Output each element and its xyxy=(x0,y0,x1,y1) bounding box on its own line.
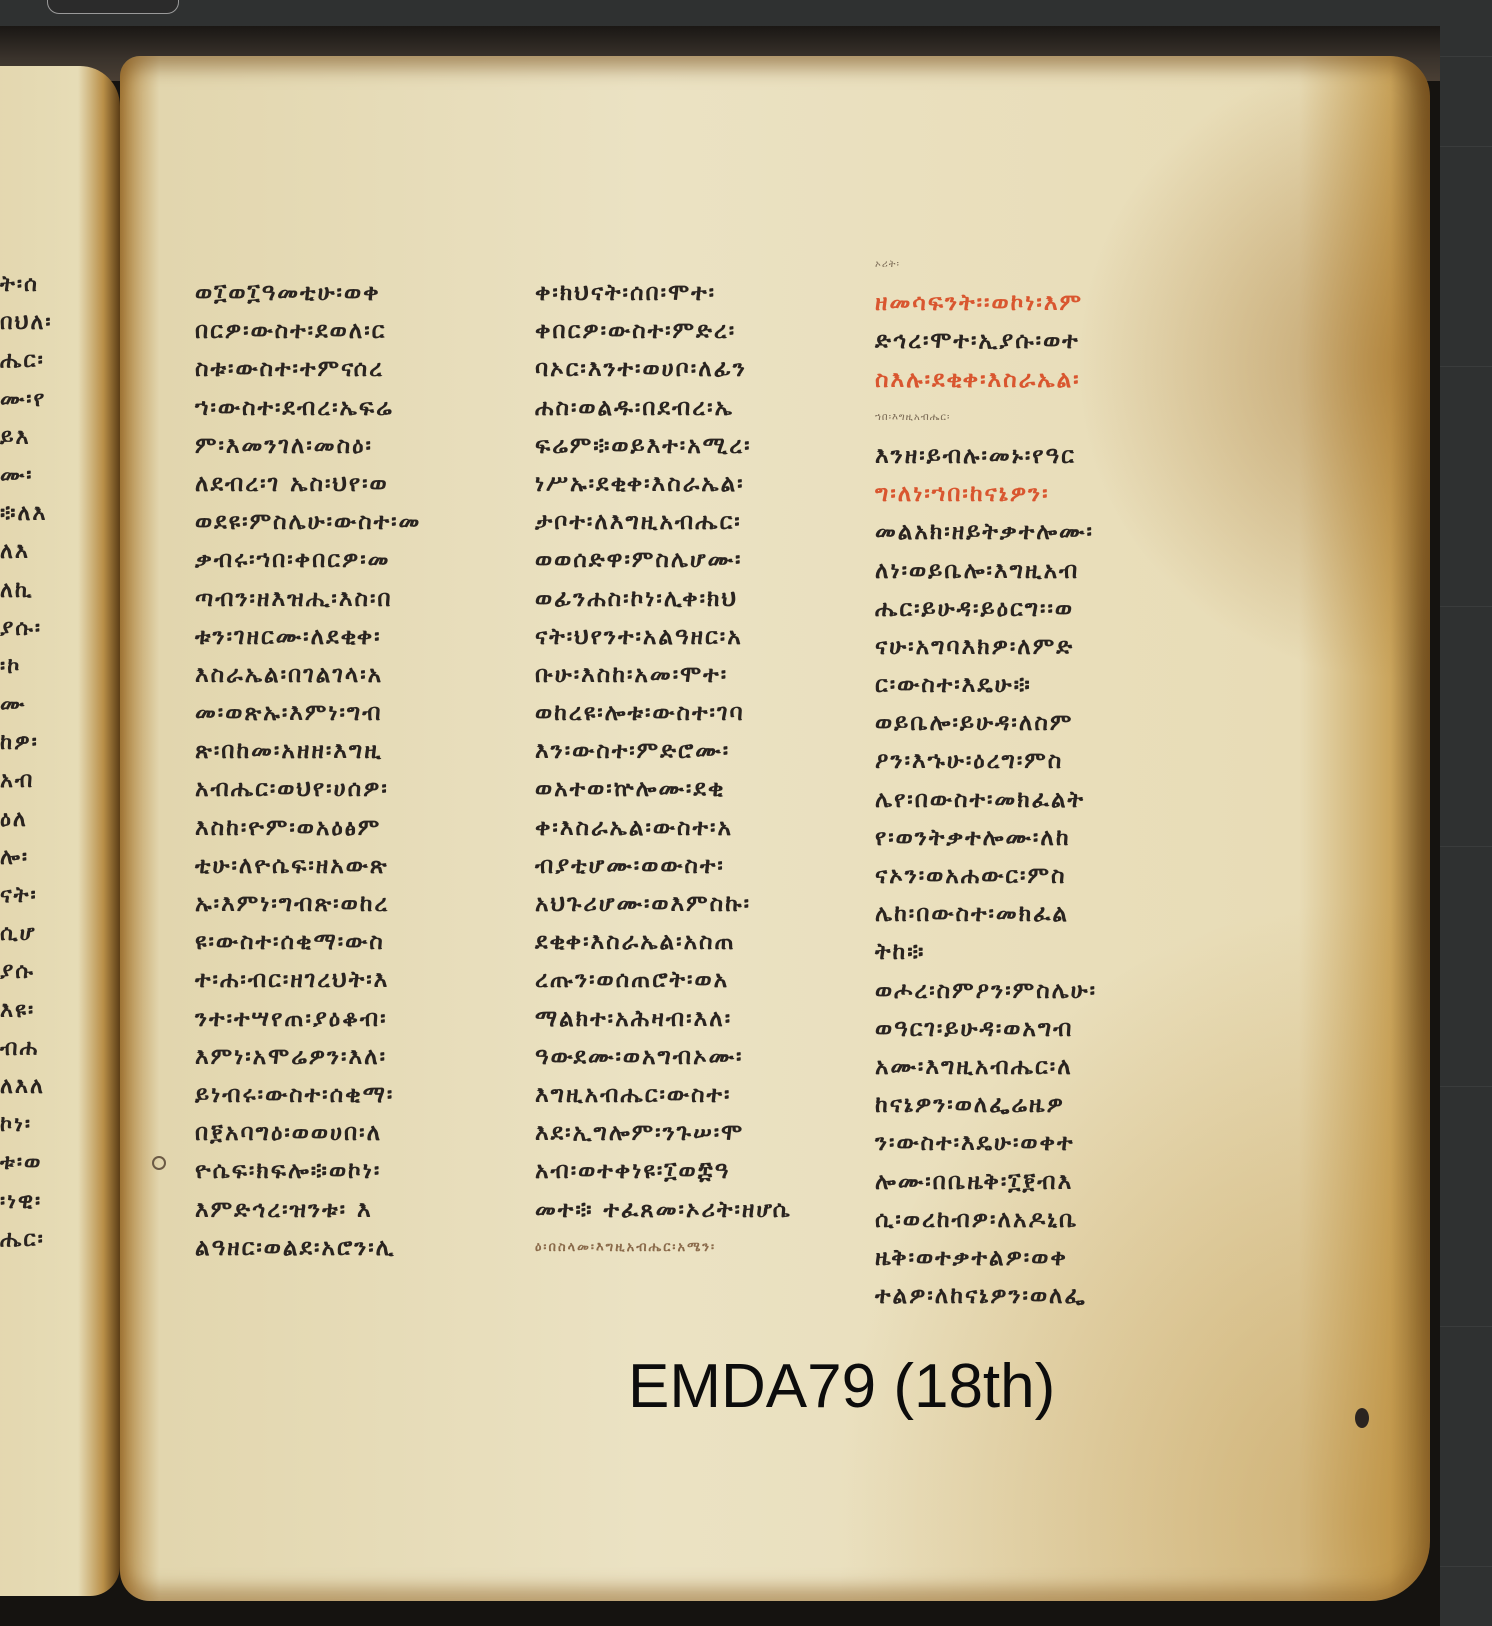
text-line: ወ፲ወ፲ዓመቲሁ፡ወቀ xyxy=(195,274,421,312)
text-line: ቱን፡ገዘርሙ፡ለደቂቀ፡ xyxy=(195,618,421,656)
left-page-fragment: ሙ፡የ xyxy=(0,381,53,419)
left-page-text-fragments: ት፡ሰበህለ፡ሔር፡ሙ፡የይእሙ፡፨ለእለእለኪያሱ፡፡ኮሙከዎ፡አብዕለሎ፡ና… xyxy=(0,266,53,1259)
left-page-fragment: ፨ለእ xyxy=(0,495,53,533)
text-line: ባኦር፡እንተ፡ወሀቦ፡ለፊን xyxy=(535,350,792,388)
text-line: ብያቲሆሙ፡ወውስተ፡ xyxy=(535,847,792,885)
text-line: ወደዩ፡ምስሌሁ፡ውስተ፡መ xyxy=(195,503,421,541)
text-column-3: ኦሪት፡ዘመሳፍንት፡፡ወኮነ፡እምድኅረ፡ሞተ፡ኢያሱ፡ወተስእሉ፡ደቂቀ፡እ… xyxy=(875,246,1097,1315)
text-line: ተልዎ፡ለከናኔዎን፡ወለፌ xyxy=(875,1277,1097,1315)
text-line: ሌከ፡በውስተ፡መክፈል xyxy=(875,895,1097,933)
margin-mark xyxy=(152,1156,166,1170)
text-line: ደቂቀ፡እስራኤል፡አስጠ xyxy=(535,923,792,961)
text-line: ንተ፡ተሣየጠ፡ያዕቆብ፡ xyxy=(195,1000,421,1038)
text-line: እምድኅረ፡ዝንቱ፡ እ xyxy=(195,1191,421,1229)
text-line: ነሥኡ፡ደቂቀ፡እስራኤል፡ xyxy=(535,465,792,503)
text-line: ተ፡ሐ፡ብር፡ዘገረህት፡እ xyxy=(195,961,421,999)
text-line: አብሔር፡ወህየ፡ሀሰዎ፡ xyxy=(195,770,421,808)
text-line: ልዓዘር፡ወልደ፡አሮን፡ሊ xyxy=(195,1229,421,1267)
text-column-2: ቀ፡ክህናት፡ሰበ፡ሞተ፡ቀበርዎ፡ውስተ፡ምድረ፡ባኦር፡እንተ፡ወሀቦ፡ለፊ… xyxy=(535,274,792,1267)
ink-stain xyxy=(1355,1408,1369,1428)
text-line: ወከረዩ፡ሎቱ፡ውስተ፡ገባ xyxy=(535,694,792,732)
text-line: ለደብረ፡ገ ኤስ፡ህየ፡ወ xyxy=(195,465,421,503)
left-page-fragment: ሎ፡ xyxy=(0,839,53,877)
text-line: ሲ፡ወረከብዎ፡ለአዶኒቤ xyxy=(875,1201,1097,1239)
text-line: ወሖረ፡ስምዖን፡ምስሌሁ፡ xyxy=(875,972,1097,1010)
text-line: ዮሴፍ፡ክፍሎ፨ወኮነ፡ xyxy=(195,1152,421,1190)
text-line: እደ፡ኢግሎም፡ንጉሠ፡ሞ xyxy=(535,1114,792,1152)
left-page-fragment: ፡ኮ xyxy=(0,648,53,686)
text-line: ሎሙ፡በቤዜቅ፡፲፻ብእ xyxy=(875,1163,1097,1201)
left-page-fragment: ት፡ሰ xyxy=(0,266,53,304)
text-line: እንዘ፡ይብሉ፡መኑ፡የዓር xyxy=(875,437,1097,475)
text-line: ኡ፡እምነ፡ግብጽ፡ወከረ xyxy=(195,885,421,923)
left-page-fragment: ሔር፡ xyxy=(0,342,53,380)
text-line: መ፡ወጽኡ፡እምነ፡ግብ xyxy=(195,694,421,732)
text-line: ናኦን፡ወአሐውር፡ምስ xyxy=(875,857,1097,895)
text-line: ጽ፡በከመ፡አዘዘ፡እግዚ xyxy=(195,732,421,770)
left-page-fragment: በህለ፡ xyxy=(0,304,53,342)
text-line: እምነ፡አሞሬዎን፡እለ፡ xyxy=(195,1038,421,1076)
text-line: ድኅረ፡ሞተ፡ኢያሱ፡ወተ xyxy=(875,322,1097,360)
manuscript-photo: ት፡ሰበህለ፡ሔር፡ሙ፡የይእሙ፡፨ለእለእለኪያሱ፡፡ኮሙከዎ፡አብዕለሎ፡ና… xyxy=(0,26,1440,1626)
text-line: ከናኔዎን፡ወለፌሬዜዎ xyxy=(875,1086,1097,1124)
text-line: ዕ፡በስላመ፡እግዚአብሔር፡አሜን፡ xyxy=(535,1229,792,1267)
text-line: እን፡ውስተ፡ምድሮሙ፡ xyxy=(535,732,792,770)
text-line: ቀ፡ክህናት፡ሰበ፡ሞተ፡ xyxy=(535,274,792,312)
text-line: ለነ፡ወይቤሎ፡እግዚአብ xyxy=(875,552,1097,590)
text-column-1: ወ፲ወ፲ዓመቲሁ፡ወቀበርዎ፡ውስተ፡ደወለ፡ርስቱ፡ውስተ፡ተምናሰረኀ፡ውስ… xyxy=(195,274,421,1267)
text-line: አህጉሪሆሙ፡ወእምስኩ፡ xyxy=(535,885,792,923)
interlinear-annotation: ኀበ፡እግዚአብሔር፡ xyxy=(875,399,1097,437)
text-line: ዖን፡እኁሁ፡ዕረግ፡ምስ xyxy=(875,742,1097,780)
text-line: ዜቅ፡ወተቃተልዎ፡ወቀ xyxy=(875,1239,1097,1277)
left-page-fragment: ዕለ xyxy=(0,801,53,839)
text-line: ሐስ፡ወልዱ፡በደብረ፡ኤ xyxy=(535,389,792,427)
left-page-fragment: ሔር፡ xyxy=(0,1221,53,1259)
text-line: ናት፡ህየንተ፡አልዓዘር፡አ xyxy=(535,618,792,656)
text-line: ሔር፡ይሁዳ፡ይዕርግ፡፡ወ xyxy=(875,590,1097,628)
text-line: ናሁ፡አግባእክዎ፡ለምድ xyxy=(875,628,1097,666)
text-line: ስቱ፡ውስተ፡ተምናሰረ xyxy=(195,350,421,388)
left-page-fragment: ያሱ xyxy=(0,953,53,991)
text-line: ረጡን፡ወሰጠሮት፡ወአ xyxy=(535,961,792,999)
left-page-fragment: ቱ፡ወ xyxy=(0,1144,53,1182)
left-page-fragment: ፡ነዊ፡ xyxy=(0,1183,53,1221)
text-line: ኀ፡ውስተ፡ደብረ፡ኤፍሬ xyxy=(195,389,421,427)
left-page-fragment: ከዎ፡ xyxy=(0,724,53,762)
text-line: ቡሁ፡እስከ፡አመ፡ሞተ፡ xyxy=(535,656,792,694)
text-line: ይነብሩ፡ውስተ፡ሰቂማ፡ xyxy=(195,1076,421,1114)
rubric-line: ስእሉ፡ደቂቀ፡እስራኤል፡ xyxy=(875,361,1097,399)
text-line: ትከ፨ xyxy=(875,933,1097,971)
text-line: መተ፨ ተፈጸመ፡ኦሪት፡ዘሆሴ xyxy=(535,1191,792,1229)
left-page-fragment: ሙ xyxy=(0,686,53,724)
text-line: እስከ፡ዮም፡ወአዕፅም xyxy=(195,809,421,847)
left-page-fragment: ለእ xyxy=(0,533,53,571)
left-page-fragment: እዩ፡ xyxy=(0,992,53,1030)
text-line: ዓውደሙ፡ወአግብኦሙ፡ xyxy=(535,1038,792,1076)
text-line: ወዓርገ፡ይሁዳ፡ወአግብ xyxy=(875,1010,1097,1048)
text-line: ወወሰድዋ፡ምስሌሆሙ፡ xyxy=(535,541,792,579)
text-line: ር፡ውስተ፡እዴሁ፨ xyxy=(875,666,1097,704)
text-line: ወአተወ፡ኵሎሙ፡ደቂ xyxy=(535,770,792,808)
text-line: ቀ፡እስራኤል፡ውስተ፡አ xyxy=(535,809,792,847)
text-line: ቃብሩ፡ኀበ፡ቀበርዎ፡መ xyxy=(195,541,421,579)
text-line: ሌየ፡በውስተ፡መክፈልት xyxy=(875,781,1097,819)
rubric-line: ግ፡ለነ፡ኀበ፡ከናኔዎን፡ xyxy=(875,475,1097,513)
text-line: አሙ፡እግዚአብሔር፡ለ xyxy=(875,1048,1097,1086)
left-page-fragment: ለእለ xyxy=(0,1068,53,1106)
manuscript-caption: EMDA79 (18th) xyxy=(628,1351,1055,1422)
text-line: በርዎ፡ውስተ፡ደወለ፡ር xyxy=(195,312,421,350)
text-line: እስራኤል፡በገልገላ፡አ xyxy=(195,656,421,694)
text-line: ቲሁ፡ለዮሴፍ፡ዘአውጽ xyxy=(195,847,421,885)
text-line: ን፡ውስተ፡እዴሁ፡ወቀተ xyxy=(875,1124,1097,1162)
left-page-fragment: ለኪ xyxy=(0,572,53,610)
left-page-fragment: ይእ xyxy=(0,419,53,457)
viewer-tab-button[interactable] xyxy=(47,0,179,14)
text-line: ም፡እመንገለ፡መስዕ፡ xyxy=(195,427,421,465)
left-page-fragment: አብ xyxy=(0,762,53,800)
left-page-fragment: ያሱ፡ xyxy=(0,610,53,648)
text-line: በ፻አባግዕ፡ወወሀበ፡ለ xyxy=(195,1114,421,1152)
interlinear-annotation: ኦሪት፡ xyxy=(875,246,1097,284)
text-line: መልአክ፡ዘይትቃተሎሙ፡ xyxy=(875,513,1097,551)
text-line: ጣብን፡ዘእዝሒ፡እስ፡በ xyxy=(195,580,421,618)
text-line: ቀበርዎ፡ውስተ፡ምድረ፡ xyxy=(535,312,792,350)
viewer-top-bar xyxy=(0,0,1492,26)
text-line: ፍሬም፨ወይእተ፡አሚረ፡ xyxy=(535,427,792,465)
text-line: ታቦተ፡ለእግዚአብሔር፡ xyxy=(535,503,792,541)
text-line: ዩ፡ውስተ፡ሰቂማ፡ውስ xyxy=(195,923,421,961)
rubric-line: ዘመሳፍንት፡፡ወኮነ፡እም xyxy=(875,284,1097,322)
text-line: እግዚአብሔር፡ውስተ፡ xyxy=(535,1076,792,1114)
text-line: ማልክተ፡አሕዛብ፡እለ፡ xyxy=(535,1000,792,1038)
left-page-fragment: ሙ፡ xyxy=(0,457,53,495)
text-line: የ፡ወንትቃተሎሙ፡ለከ xyxy=(875,819,1097,857)
text-line: ወይቤሎ፡ይሁዳ፡ለስም xyxy=(875,704,1097,742)
viewer-right-rail xyxy=(1440,26,1492,1626)
text-line: አብ፡ወተቀነዩ፡፲ወ፰ዓ xyxy=(535,1152,792,1190)
left-page-fragment: ብሐ xyxy=(0,1030,53,1068)
left-page-fragment: ናት፡ xyxy=(0,877,53,915)
left-page-fragment: ኮነ፡ xyxy=(0,1106,53,1144)
text-line: ወፊንሐስ፡ኮነ፡ሊቀ፡ክህ xyxy=(535,580,792,618)
left-page-fragment: ሲሆ xyxy=(0,915,53,953)
